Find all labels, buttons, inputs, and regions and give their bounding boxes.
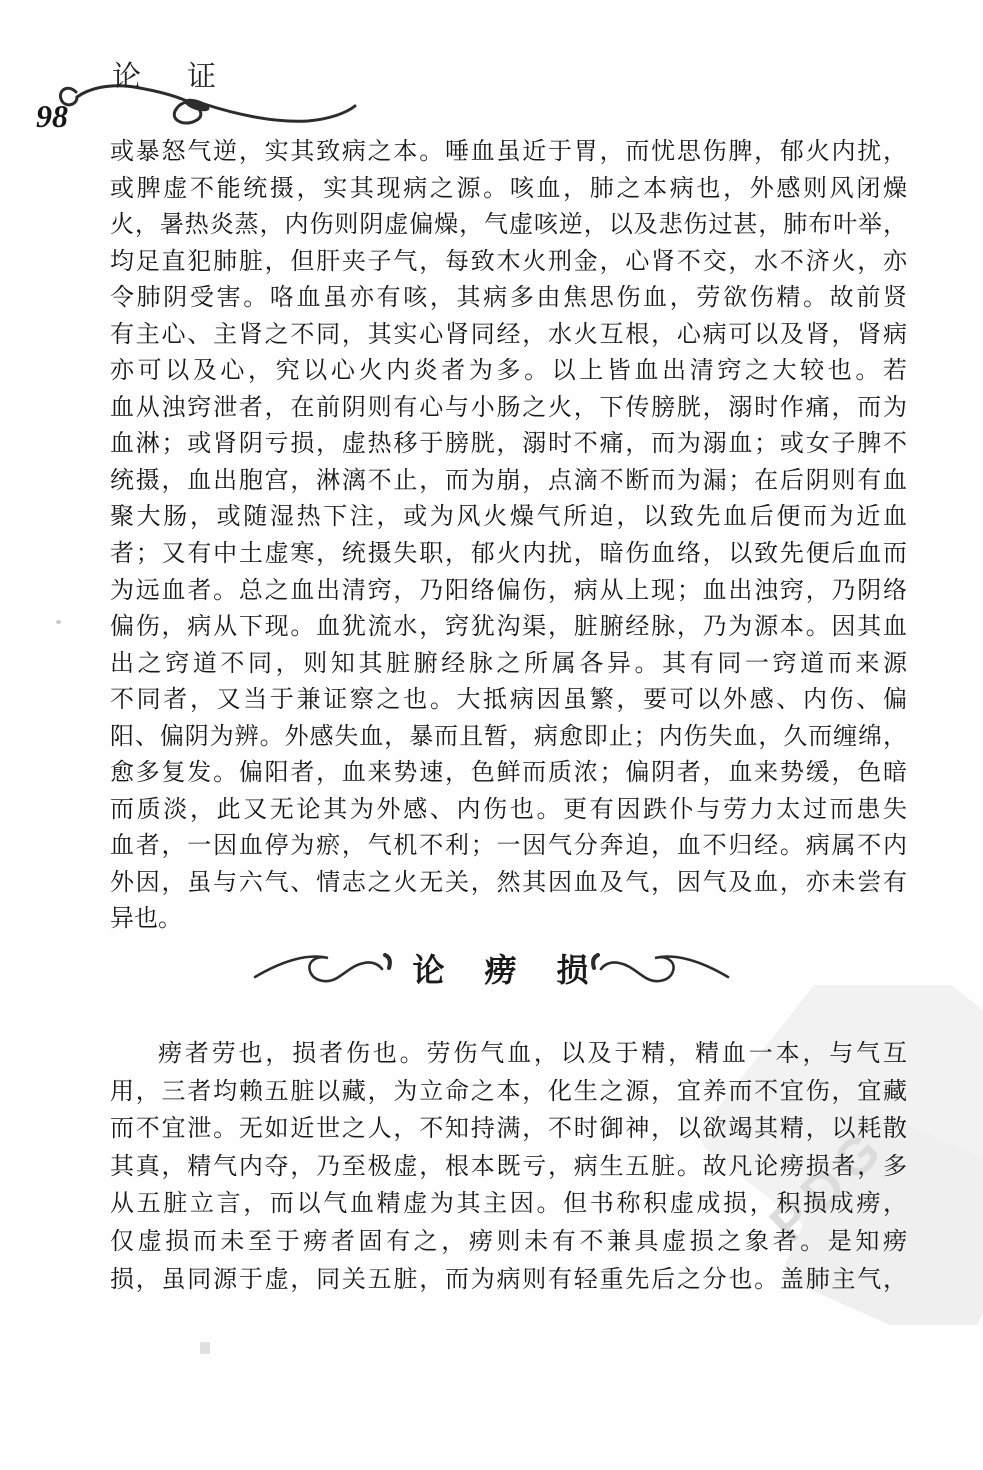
- text-line: 痨者劳也，损者伤也。劳伤气血，以及于精，精血一本，与气互: [110, 1036, 907, 1074]
- text-line: 用，三者均赖五脏以藏，为立命之本，化生之源，宜养而不宜伤，宜藏: [110, 1074, 907, 1112]
- section-heading: 论痨损: [0, 936, 983, 1000]
- text-line: 不同者，又当于兼证察之也。大抵病因虽繁，要可以外感、内伤、偏: [110, 682, 907, 719]
- paragraph-lunzheng-body: 或暴怒气逆，实其致病之本。唾血虽近于胃，而忧思伤脾，郁火内扰， 或脾虚不能统摄，…: [110, 134, 907, 938]
- text-line: 聚大肠，或随湿热下注，或为风火燥气所迫，以致先血后便而为近血: [110, 499, 907, 536]
- text-line: 火，暑热炎蒸，内伤则阴虚偏燥，气虚咳逆，以及悲伤过甚，肺布叶举，: [110, 207, 907, 244]
- text-line: 或脾虚不能统摄，实其现病之源。咳血，肺之本病也，外感则风闭燥: [110, 171, 907, 208]
- heading-flourish-left-icon: [252, 943, 394, 993]
- scanned-book-page: PDG 论证 98 或暴怒气逆，实其致病之本。唾血虽近于胃，而忧思伤脾，郁火内扰…: [0, 0, 983, 1470]
- text-line: 从五脏立言，而以气血精虚为其主因。但书称积虚成损，积损成痨，: [110, 1186, 907, 1224]
- paragraph-laosun-body: 痨者劳也，损者伤也。劳伤气血，以及于精，精血一本，与气互 用，三者均赖五脏以藏，…: [110, 1036, 907, 1299]
- text-line: 血淋；或肾阴亏损，虚热移于膀胱，溺时不痛，而为溺血；或女子脾不: [110, 426, 907, 463]
- text-line: 外因，虽与六气、情志之火无关，然其因血及气，因气及血，亦未尝有: [110, 865, 907, 902]
- text-line: 为远血者。总之血出清窍，乃阳络偏伤，病从上现；血出浊窍，乃阴络: [110, 573, 907, 610]
- text-line: 而不宜泄。无如近世之人，不知持满，不时御神，以欲竭其精，以耗散: [110, 1111, 907, 1149]
- text-line: 或暴怒气逆，实其致病之本。唾血虽近于胃，而忧思伤脾，郁火内扰，: [110, 134, 907, 171]
- text-line: 愈多复发。偏阳者，血来势速，色鲜而质浓；偏阴者，血来势缓，色暗: [110, 755, 907, 792]
- text-line: 均足直犯肺脏，但肝夹子气，每致木火刑金，心肾不交，水不济火，亦: [110, 244, 907, 281]
- page-number: 98: [36, 98, 68, 135]
- text-line: 统摄，血出胞宫，淋漓不止，而为崩，点滴不断而为漏；在后阴则有血: [110, 463, 907, 500]
- text-line: 亦可以及心，究以心火内炎者为多。以上皆血出清窍之大较也。若: [110, 353, 907, 390]
- text-line: 令肺阴受害。咯血虽亦有咳，其病多由焦思伤血，劳欲伤精。故前贤: [110, 280, 907, 317]
- text-line: 其真，精气内夺，乃至极虚，根本既亏，病生五脏。故凡论痨损者，多: [110, 1149, 907, 1187]
- text-line: 仅虚损而未至于痨者固有之，痨则未有不兼具虚损之象者。是知痨: [110, 1224, 907, 1262]
- text-line: 而质淡，此又无论其为外感、内伤也。更有因跌仆与劳力太过而患失: [110, 792, 907, 829]
- text-line: 者；又有中土虚寒，统摄失职，郁火内扰，暗伤血络，以致先便后血而: [110, 536, 907, 573]
- text-line: 阳、偏阴为辨。外感失血，暴而且暂，病愈即止；内伤失血，久而缠绵，: [110, 719, 907, 756]
- heading-flourish-right-icon: [589, 943, 731, 993]
- running-header-title: 论证: [112, 54, 262, 95]
- text-line: 血从浊窍泄者，在前阴则有心与小肠之火，下传膀胱，溺时作痛，而为: [110, 390, 907, 427]
- text-line: 有主心、主肾之不同，其实心肾同经，水火互根，心病可以及肾，肾病: [110, 317, 907, 354]
- text-line: 出之窍道不同，则知其脏腑经脉之所属各异。其有同一窍道而来源: [110, 646, 907, 683]
- text-line: 异也。: [110, 901, 907, 938]
- text-line: 偏伤，病从下现。血犹流水，窍犹沟渠，脏腑经脉，乃为源本。因其血: [110, 609, 907, 646]
- text-line: 损，虽同源于虚，同关五脏，而为病则有轻重先后之分也。盖肺主气，: [110, 1262, 907, 1300]
- text-line: 血者，一因血停为瘀，气机不利；一因气分奔迫，血不归经。病属不内: [110, 828, 907, 865]
- scan-speck: [56, 620, 61, 624]
- scan-speck: [200, 1342, 210, 1354]
